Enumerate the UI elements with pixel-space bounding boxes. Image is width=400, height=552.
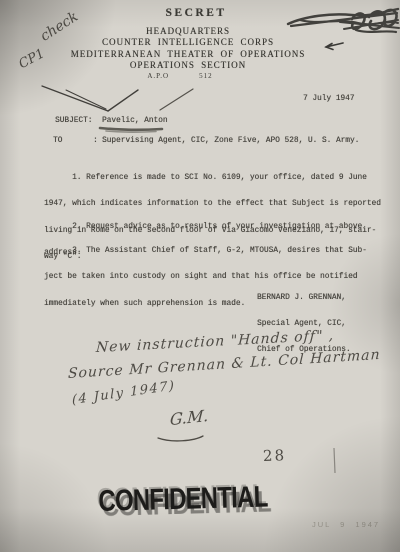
memo-date: 7 July 1947 xyxy=(303,95,354,103)
subject-label: SUBJECT: xyxy=(55,117,92,125)
confidential-stamp-ghost2: CONFIDENTIAL xyxy=(96,479,266,517)
initials-flourish xyxy=(158,436,203,441)
subject-value: Pavelic, Anton xyxy=(102,117,168,125)
signature-name: BERNARD J. GRENNAN, xyxy=(257,293,351,303)
signature-title1: Special Agent, CIC, xyxy=(257,319,351,329)
to-separator: : xyxy=(93,137,98,145)
paragraph-1-line: 1. Reference is made to SCI No. 6109, yo… xyxy=(44,173,381,183)
paragraph-3-line: 3. The Assistant Chief of Staff, G-2, MT… xyxy=(44,246,367,256)
scanned-memo-page: SECRET HEADQUARTERS COUNTER INTELLIGENCE… xyxy=(0,0,400,552)
letterhead-section: OPERATIONS SECTION xyxy=(38,60,338,71)
faint-vertical-line xyxy=(334,448,335,473)
received-date-stamp: JUL 9 1947 xyxy=(312,520,380,529)
to-value: Supervising Agent, CIC, Zone Five, APO 5… xyxy=(102,137,359,145)
apo-label: A.P.O xyxy=(147,72,169,80)
handwritten-note-line3: (4 July 1947) xyxy=(72,378,176,408)
to-label: TO xyxy=(53,137,62,145)
confidential-stamp: CONFIDENTIAL CONFIDENTIAL CONFIDENTIAL xyxy=(98,481,268,519)
letterhead-theater: MEDITERRANEAN THEATER OF OPERATIONS xyxy=(38,49,338,60)
check-v-mark xyxy=(42,86,138,111)
letterhead-headquarters: HEADQUARTERS xyxy=(38,26,338,37)
handwritten-page-number: 28 xyxy=(263,446,287,465)
diagonal-pencil-stroke xyxy=(160,89,193,110)
handwritten-initials: G.M. xyxy=(169,406,209,429)
subject-underline xyxy=(100,128,162,132)
classification-secret: SECRET xyxy=(146,7,246,19)
apo-number: 512 xyxy=(199,72,213,80)
apo-line: A.P.O 512 xyxy=(30,72,330,80)
letterhead-cic: COUNTER INTELLIGENCE CORPS xyxy=(38,37,338,48)
letterhead: HEADQUARTERS COUNTER INTELLIGENCE CORPS … xyxy=(38,26,338,80)
